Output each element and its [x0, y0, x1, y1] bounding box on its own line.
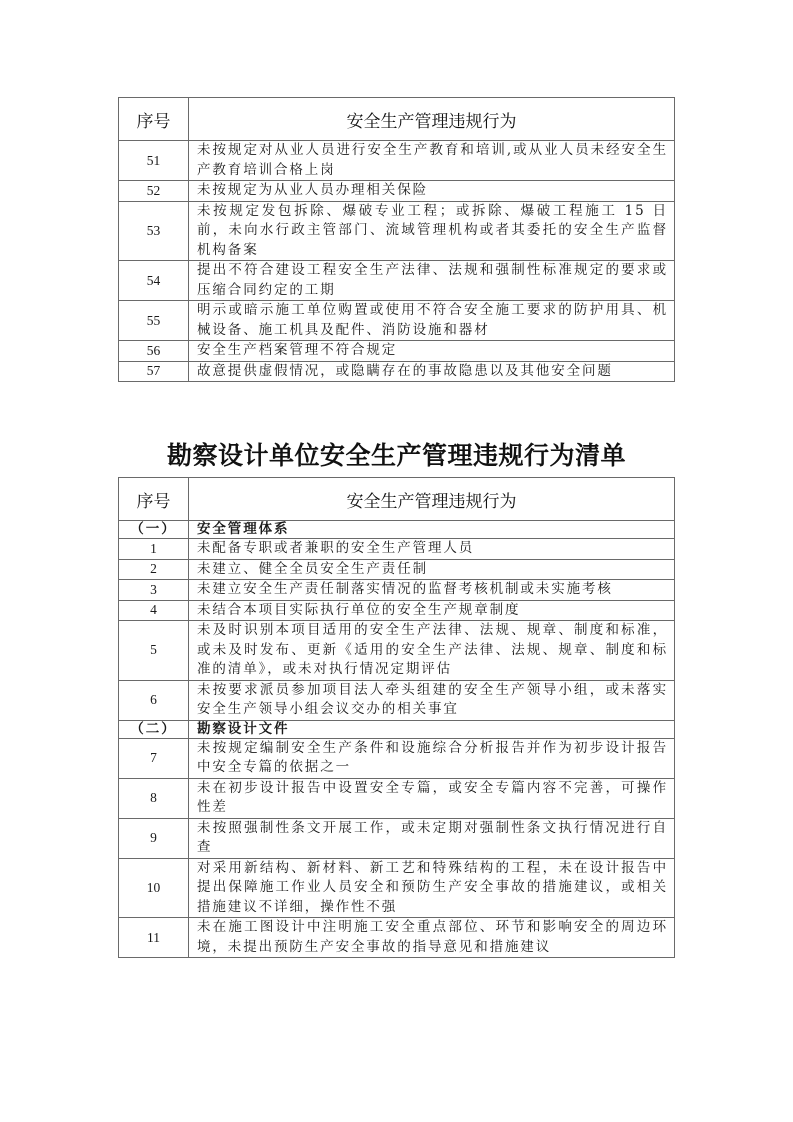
row-description: 提出不符合建设工程安全生产法律、法规和强制性标准规定的要求或压缩合同约定的工期 — [189, 261, 675, 301]
row-description: 未结合本项目实际执行单位的安全生产规章制度 — [189, 600, 675, 621]
row-description: 故意提供虚假情况，或隐瞒存在的事故隐患以及其他安全问题 — [189, 361, 675, 382]
survey-design-violations-table: 序号 安全生产管理违规行为 （一） 安全管理体系 1 未配备专职或者兼职的安全生… — [118, 477, 675, 958]
row-number: 4 — [119, 600, 189, 621]
row-description: 未按照强制性条文开展工作，或未定期对强制性条文执行情况进行自查 — [189, 818, 675, 858]
row-description: 对采用新结构、新材料、新工艺和特殊结构的工程，未在设计报告中提出保障施工作业人员… — [189, 858, 675, 918]
row-number: 52 — [119, 181, 189, 202]
row-description: 未建立、健全全员安全生产责任制 — [189, 559, 675, 580]
row-description: 未按规定编制安全生产条件和设施综合分析报告并作为初步设计报告中安全专篇的依据之一 — [189, 738, 675, 778]
row-number: 55 — [119, 301, 189, 341]
table-row: 9 未按照强制性条文开展工作，或未定期对强制性条文执行情况进行自查 — [119, 818, 675, 858]
row-description: 未配备专职或者兼职的安全生产管理人员 — [189, 539, 675, 560]
row-description: 未按要求派员参加项目法人牵头组建的安全生产领导小组，或未落实安全生产领导小组会议… — [189, 680, 675, 720]
row-number: 9 — [119, 818, 189, 858]
row-description: 未按规定发包拆除、爆破专业工程；或拆除、爆破工程施工 15 日前，未向水行政主管… — [189, 201, 675, 261]
table-row: 1 未配备专职或者兼职的安全生产管理人员 — [119, 539, 675, 560]
row-description: 未建立安全生产责任制落实情况的监督考核机制或未实施考核 — [189, 580, 675, 601]
row-description: 未按规定为从业人员办理相关保险 — [189, 181, 675, 202]
section-title: 勘察设计单位安全生产管理违规行为清单 — [0, 436, 793, 472]
table-row: 53 未按规定发包拆除、爆破专业工程；或拆除、爆破工程施工 15 日前，未向水行… — [119, 201, 675, 261]
row-description: 未在初步设计报告中设置安全专篇，或安全专篇内容不完善，可操作性差 — [189, 778, 675, 818]
section-row: （一） 安全管理体系 — [119, 521, 675, 539]
table-row: 54 提出不符合建设工程安全生产法律、法规和强制性标准规定的要求或压缩合同约定的… — [119, 261, 675, 301]
row-number: 8 — [119, 778, 189, 818]
row-description: 明示或暗示施工单位购置或使用不符合安全施工要求的防护用具、机械设备、施工机具及配… — [189, 301, 675, 341]
section-title: 安全管理体系 — [189, 521, 675, 539]
row-number: 54 — [119, 261, 189, 301]
violations-table-continued: 序号 安全生产管理违规行为 51 未按规定对从业人员进行安全生产教育和培训,或从… — [118, 97, 675, 382]
header-number: 序号 — [119, 98, 189, 141]
row-description: 未及时识别本项目适用的安全生产法律、法规、规章、制度和标准，或未及时发布、更新《… — [189, 621, 675, 681]
table-row: 8 未在初步设计报告中设置安全专篇，或安全专篇内容不完善，可操作性差 — [119, 778, 675, 818]
table-row: 4 未结合本项目实际执行单位的安全生产规章制度 — [119, 600, 675, 621]
table-row: 10 对采用新结构、新材料、新工艺和特殊结构的工程，未在设计报告中提出保障施工作… — [119, 858, 675, 918]
table-row: 56 安全生产档案管理不符合规定 — [119, 341, 675, 362]
table-row: 7 未按规定编制安全生产条件和设施综合分析报告并作为初步设计报告中安全专篇的依据… — [119, 738, 675, 778]
table-row: 11 未在施工图设计中注明施工安全重点部位、环节和影响安全的周边环境，未提出预防… — [119, 918, 675, 958]
row-number: 10 — [119, 858, 189, 918]
table-row: 3 未建立安全生产责任制落实情况的监督考核机制或未实施考核 — [119, 580, 675, 601]
table-row: 6 未按要求派员参加项目法人牵头组建的安全生产领导小组，或未落实安全生产领导小组… — [119, 680, 675, 720]
row-number: 53 — [119, 201, 189, 261]
row-description: 安全生产档案管理不符合规定 — [189, 341, 675, 362]
row-number: 51 — [119, 141, 189, 181]
row-number: 11 — [119, 918, 189, 958]
table-row: 51 未按规定对从业人员进行安全生产教育和培训,或从业人员未经安全生产教育培训合… — [119, 141, 675, 181]
row-number: 56 — [119, 341, 189, 362]
table-header-row: 序号 安全生产管理违规行为 — [119, 98, 675, 141]
table-row: 57 故意提供虚假情况，或隐瞒存在的事故隐患以及其他安全问题 — [119, 361, 675, 382]
header-description: 安全生产管理违规行为 — [189, 98, 675, 141]
row-description: 未按规定对从业人员进行安全生产教育和培训,或从业人员未经安全生产教育培训合格上岗 — [189, 141, 675, 181]
row-description: 未在施工图设计中注明施工安全重点部位、环节和影响安全的周边环境，未提出预防生产安… — [189, 918, 675, 958]
table-row: 55 明示或暗示施工单位购置或使用不符合安全施工要求的防护用具、机械设备、施工机… — [119, 301, 675, 341]
row-number: 2 — [119, 559, 189, 580]
row-number: 1 — [119, 539, 189, 560]
row-number: 6 — [119, 680, 189, 720]
section-title: 勘察设计文件 — [189, 720, 675, 738]
header-description: 安全生产管理违规行为 — [189, 478, 675, 521]
section-row: （二） 勘察设计文件 — [119, 720, 675, 738]
row-number: 7 — [119, 738, 189, 778]
header-number: 序号 — [119, 478, 189, 521]
row-number: 57 — [119, 361, 189, 382]
row-number: 5 — [119, 621, 189, 681]
table-row: 2 未建立、健全全员安全生产责任制 — [119, 559, 675, 580]
table-row: 5 未及时识别本项目适用的安全生产法律、法规、规章、制度和标准，或未及时发布、更… — [119, 621, 675, 681]
table-row: 52 未按规定为从业人员办理相关保险 — [119, 181, 675, 202]
section-number: （二） — [119, 720, 189, 738]
row-number: 3 — [119, 580, 189, 601]
table-header-row: 序号 安全生产管理违规行为 — [119, 478, 675, 521]
section-number: （一） — [119, 521, 189, 539]
